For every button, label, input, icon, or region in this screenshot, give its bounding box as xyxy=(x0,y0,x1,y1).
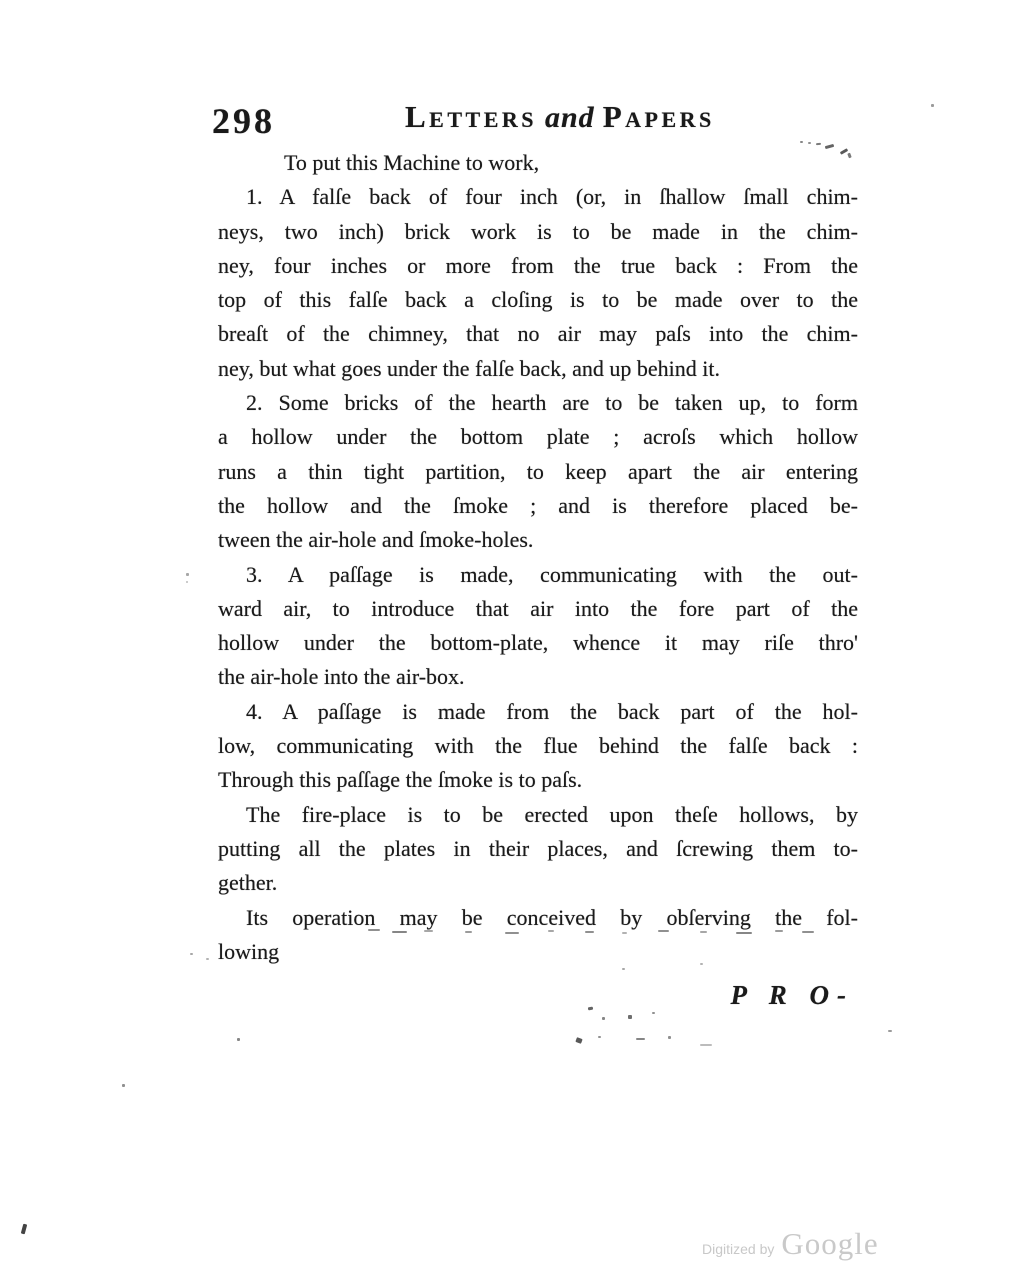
text-line: lowing xyxy=(218,935,858,969)
text-line: a hollow under the bottom plate ; acroſs… xyxy=(218,420,858,454)
ink-speck xyxy=(622,932,627,934)
paragraph-lines: 1. A falſe back of four inch (or, in ſha… xyxy=(218,180,858,969)
watermark-text: Digitized by xyxy=(702,1241,774,1257)
text-line: 1. A falſe back of four inch (or, in ſha… xyxy=(218,180,858,214)
text-line: The fire-place is to be erected upon the… xyxy=(218,798,858,832)
ink-speck xyxy=(186,573,189,576)
text-line: ney, but what goes under the falſe back,… xyxy=(218,352,858,386)
text-line: Through this paſſage the ſmoke is to paſ… xyxy=(218,763,858,797)
ink-speck xyxy=(700,963,703,965)
ink-speck xyxy=(368,929,380,931)
page-number: 298 xyxy=(212,100,275,142)
text-line: low, communicating with the flue behind … xyxy=(218,729,858,763)
ink-speck xyxy=(700,1044,712,1046)
ink-speck xyxy=(622,968,625,970)
ink-speck xyxy=(21,1224,27,1235)
text-line: tween the air-hole and ſmoke-holes. xyxy=(218,523,858,557)
ink-speck xyxy=(775,930,783,932)
body-text: To put this Machine to work, 1. A falſe … xyxy=(218,146,858,1012)
ink-speck xyxy=(548,930,554,932)
section-heading: To put this Machine to work, xyxy=(218,146,858,180)
ink-speck xyxy=(736,932,752,934)
ink-speck xyxy=(598,1036,601,1038)
ink-speck xyxy=(816,143,821,145)
text-line: breaſt of the chimney, that no air may p… xyxy=(218,317,858,351)
ink-speck xyxy=(658,930,669,932)
text-line: neys, two inch) brick work is to be made… xyxy=(218,215,858,249)
ink-speck xyxy=(465,931,472,933)
ink-speck xyxy=(931,104,934,107)
scanned-book-page: { "colors": { "ink": "#1a1a1a", "paper":… xyxy=(0,0,1014,1282)
text-line: the air-hole into the air-box. xyxy=(218,660,858,694)
catchword: P R O- xyxy=(218,978,858,1012)
text-line: ney, four inches or more from the true b… xyxy=(218,249,858,283)
running-head: LettersandPapers xyxy=(405,99,715,135)
ink-speck xyxy=(585,931,594,933)
ink-speck xyxy=(190,953,193,955)
ink-speck xyxy=(888,1030,892,1032)
ink-speck xyxy=(628,1015,632,1019)
ink-speck xyxy=(505,932,519,934)
ink-speck xyxy=(122,1084,125,1087)
ink-speck xyxy=(206,958,209,960)
ink-speck xyxy=(652,1012,655,1014)
google-logo: Google xyxy=(781,1226,878,1262)
text-line: 4. A paſſage is made from the back part … xyxy=(218,695,858,729)
ink-speck xyxy=(700,931,707,933)
ink-speck xyxy=(602,1017,605,1020)
text-line: Its operation may be conceived by obſerv… xyxy=(218,901,858,935)
text-line: runs a thin tight partition, to keep apa… xyxy=(218,455,858,489)
text-line: gether. xyxy=(218,866,858,900)
ink-speck xyxy=(424,930,433,932)
ink-speck xyxy=(668,1036,671,1039)
ink-speck xyxy=(808,142,811,144)
text-line: 2. Some bricks of the hearth are to be t… xyxy=(218,386,858,420)
ink-speck xyxy=(392,931,407,933)
running-head-word: and xyxy=(545,101,595,134)
text-line: hollow under the bottom-plate, whence it… xyxy=(218,626,858,660)
ink-speck xyxy=(575,1037,582,1044)
ink-speck xyxy=(802,931,814,933)
text-line: 3. A paſſage is made, communicating with… xyxy=(218,558,858,592)
ink-speck xyxy=(186,581,188,583)
text-line: top of this falſe back a cloſing is to b… xyxy=(218,283,858,317)
text-line: putting all the plates in their places, … xyxy=(218,832,858,866)
text-line: ward air, to introduce that air into the… xyxy=(218,592,858,626)
ink-speck xyxy=(800,141,803,143)
ink-speck xyxy=(636,1038,645,1040)
google-watermark: Digitized by Google xyxy=(702,1226,879,1262)
running-head-word: Papers xyxy=(603,99,715,134)
text-line: the hollow and the ſmoke ; and is theref… xyxy=(218,489,858,523)
ink-speck xyxy=(237,1038,240,1041)
running-head-word: Letters xyxy=(405,99,537,134)
